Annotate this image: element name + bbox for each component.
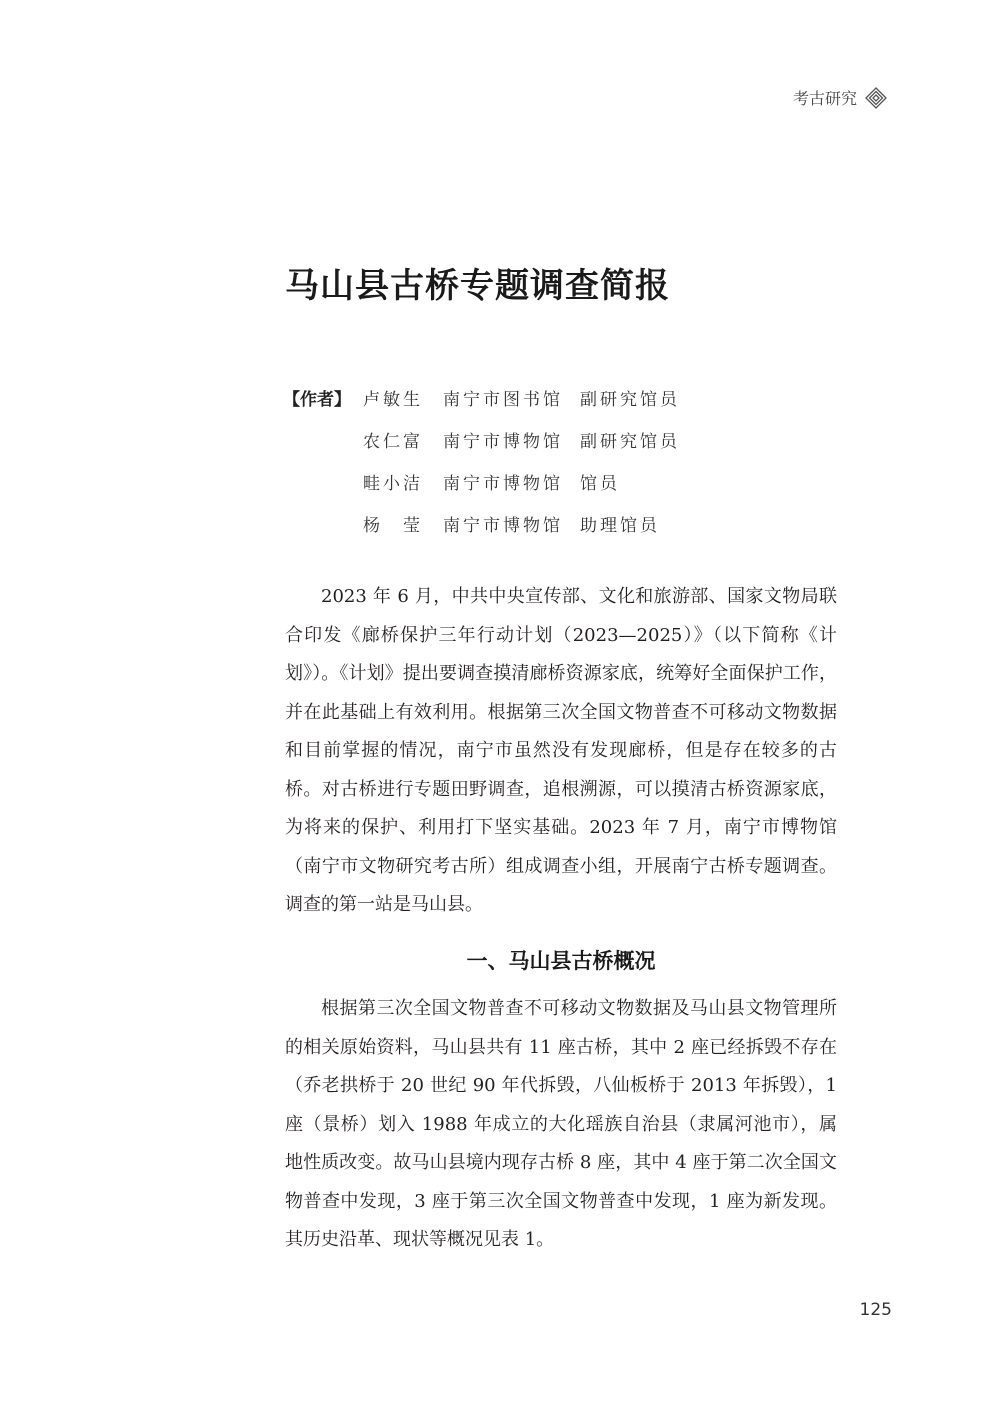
running-head: 考古研究 [793, 86, 887, 109]
article-title: 马山县古桥专题调查简报 [285, 258, 670, 307]
author-row: 农仁富 南宁市博物馆 副研究馆员 [283, 418, 680, 460]
author-organization: 南宁市博物馆 [443, 469, 580, 494]
author-name: 畦小洁 [363, 469, 443, 494]
running-title: 考古研究 [793, 86, 857, 109]
page-number: 125 [860, 1300, 892, 1320]
author-organization: 南宁市博物馆 [443, 427, 580, 452]
author-row: 杨 莹 南宁市博物馆 助理馆员 [283, 502, 680, 544]
section-paragraph: 根据第三次全国文物普查不可移动文物数据及马山县文物管理所的相关原始资料，马山县共… [285, 990, 837, 1260]
authors-label: 【作者】 [283, 385, 363, 410]
section-paragraph-block: 根据第三次全国文物普查不可移动文物数据及马山县文物管理所的相关原始资料，马山县共… [285, 990, 837, 1260]
author-organization: 南宁市图书馆 [443, 385, 580, 410]
author-name: 卢敏生 [363, 385, 443, 410]
author-list: 【作者】 卢敏生 南宁市图书馆 副研究馆员 农仁富 南宁市博物馆 副研究馆员 畦… [283, 376, 680, 544]
author-name: 杨 莹 [363, 511, 443, 536]
nested-diamond-icon [865, 87, 887, 109]
author-row: 【作者】 卢敏生 南宁市图书馆 副研究馆员 [283, 376, 680, 418]
author-position: 副研究馆员 [580, 427, 680, 452]
intro-paragraph: 2023 年 6 月，中共中央宣传部、文化和旅游部、国家文物局联合印发《廊桥保护… [285, 578, 837, 925]
author-position: 助理馆员 [580, 511, 660, 536]
author-position: 馆员 [580, 469, 620, 494]
section-heading: 一、马山县古桥概况 [285, 945, 837, 975]
author-organization: 南宁市博物馆 [443, 511, 580, 536]
author-position: 副研究馆员 [580, 385, 680, 410]
intro-paragraph-block: 2023 年 6 月，中共中央宣传部、文化和旅游部、国家文物局联合印发《廊桥保护… [285, 578, 837, 925]
author-name: 农仁富 [363, 427, 443, 452]
author-row: 畦小洁 南宁市博物馆 馆员 [283, 460, 680, 502]
